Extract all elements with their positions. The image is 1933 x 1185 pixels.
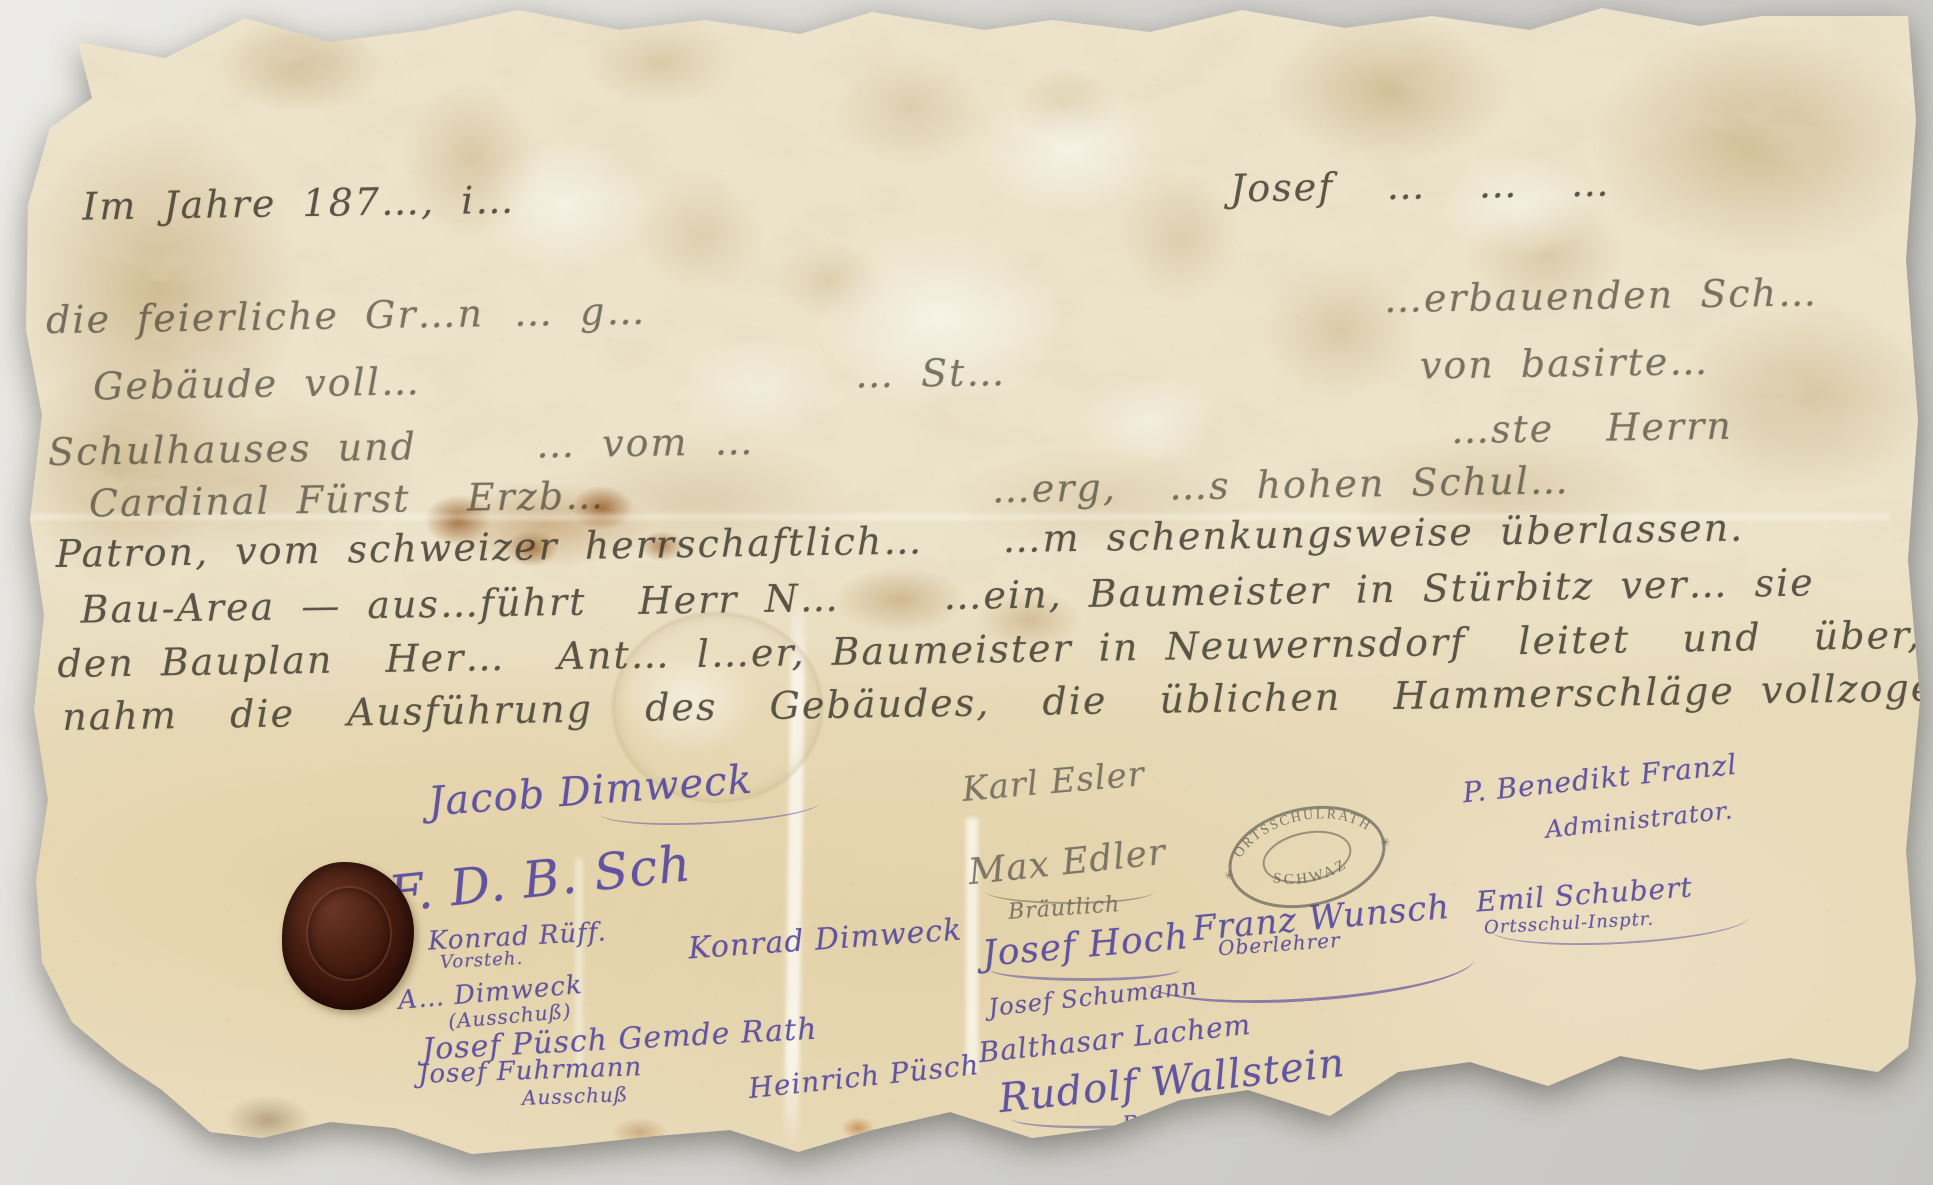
stamp-top-text: ORTSSCHULRATH xyxy=(1226,795,1377,863)
signature-heinrich-puesch: Heinrich Püsch xyxy=(747,1048,981,1105)
signature-konrad-rueff-title: Vorsteh. xyxy=(440,948,524,973)
svg-text:ORTSSCHULRATH: ORTSSCHULRATH xyxy=(1226,795,1377,863)
signature-layer: Jacob DimweckF. D. B. SchKonrad Rüff.Vor… xyxy=(0,0,1933,1185)
stamp-star-left: ✳ xyxy=(1223,868,1236,884)
wax-seal-imprint xyxy=(306,886,392,982)
signature-paraph: F. D. B. Sch xyxy=(386,834,694,923)
document-paper: Im Jahre 187…, i…Josef … … …die feierlic… xyxy=(0,0,1933,1185)
signature-karl-esler: Karl Esler xyxy=(961,754,1147,810)
svg-text:SCHWAZ: SCHWAZ xyxy=(1269,855,1353,894)
signature-josef-fuhrmann-title: Ausschuß xyxy=(522,1082,629,1110)
signature-benedikt-franzl-title: Administrator. xyxy=(1544,796,1734,844)
signature-konrad-dimweck: Konrad Dimweck xyxy=(687,912,963,966)
photo-of-document: Im Jahre 187…, i…Josef … … …die feierlic… xyxy=(0,0,1933,1185)
stamp-bottom-text: SCHWAZ xyxy=(1269,855,1353,894)
wax-seal-icon xyxy=(282,862,414,1010)
stamp-star-right: ✳ xyxy=(1379,834,1392,850)
paper-shadow-wrap: Im Jahre 187…, i…Josef … … …die feierlic… xyxy=(0,0,1933,1185)
